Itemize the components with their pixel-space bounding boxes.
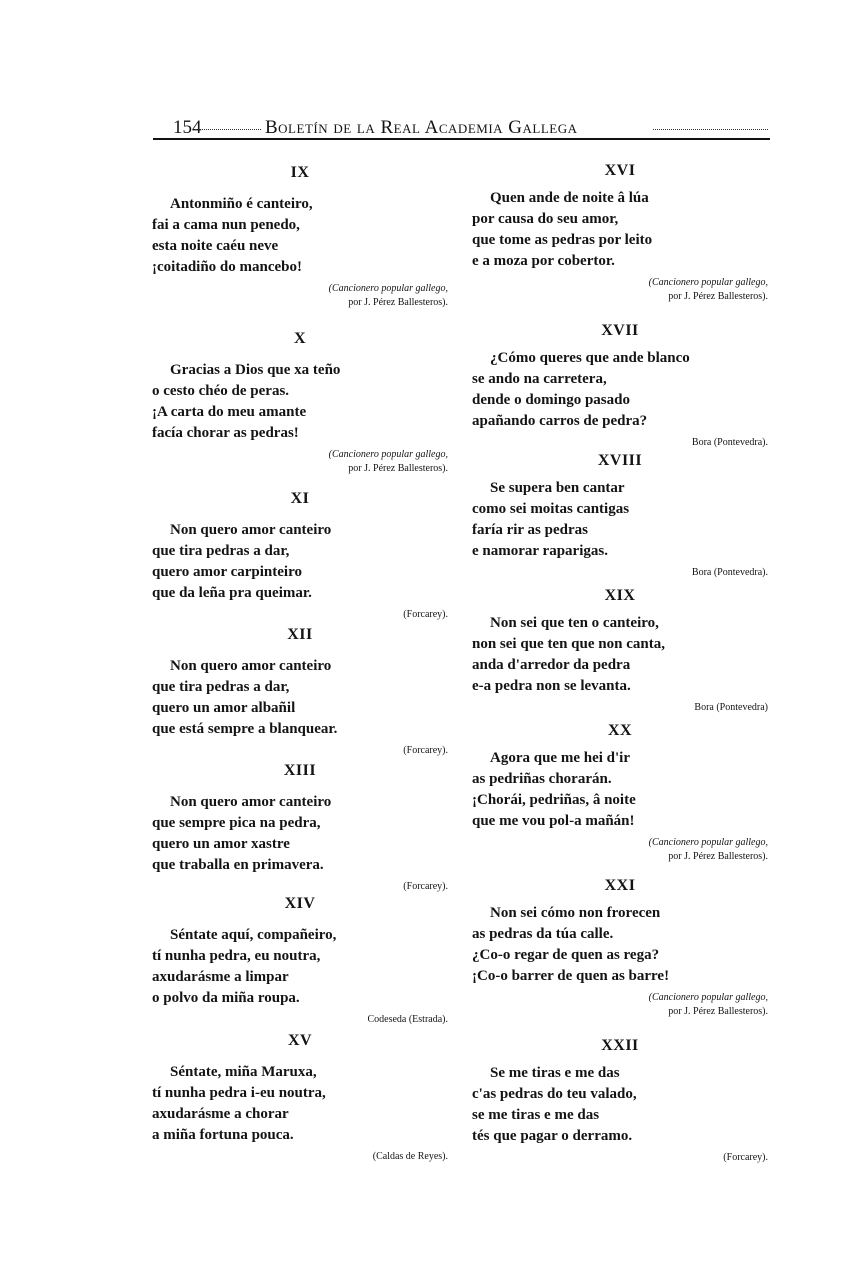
poem-numeral: XVIII: [470, 450, 770, 472]
verse-line: e namorar raparigas.: [470, 541, 770, 562]
verse-line: axudarásme a chorar: [150, 1104, 450, 1125]
verse-line: fai a cama nun penedo,: [150, 215, 450, 236]
running-head: 154 Boletín de la Real Academia Gallega: [153, 113, 770, 139]
verse-line: se me tiras e me das: [470, 1105, 770, 1126]
poem-xv: XVSéntate, miña Maruxa,tí nunha pedra i-…: [150, 1030, 450, 1164]
poem-source: por J. Pérez Ballesteros).: [470, 1005, 770, 1019]
verse-line: facía chorar as pedras!: [150, 423, 450, 444]
verse-line: por causa do seu amor,: [470, 209, 770, 230]
poem-source: (Forcarey).: [150, 880, 450, 894]
verse-line: que tira pedras a dar,: [150, 541, 450, 562]
poem-xvii: XVII¿Cómo queres que ande blancose ando …: [470, 320, 770, 450]
poem-numeral: XI: [150, 488, 450, 510]
verse-line: axudarásme a limpar: [150, 967, 450, 988]
verse-line: Non quero amor canteiro: [150, 792, 450, 813]
verse-line: ¿Cómo queres que ande blanco: [470, 348, 770, 369]
verse-line: que tome as pedras por leito: [470, 230, 770, 251]
poem-source: (Caldas de Reyes).: [150, 1150, 450, 1164]
header-rule: [153, 138, 770, 140]
poem-numeral: XII: [150, 624, 450, 646]
poem-xix: XIXNon sei que ten o canteiro,non sei qu…: [470, 585, 770, 715]
verse-line: ¡A carta do meu amante: [150, 402, 450, 423]
poem-numeral: IX: [150, 162, 450, 184]
verse-line: o polvo da miña roupa.: [150, 988, 450, 1009]
verse-line: Non quero amor canteiro: [150, 520, 450, 541]
poem-xii: XIINon quero amor canteiroque tira pedra…: [150, 624, 450, 758]
poem-source: (Cancionero popular gallego,: [150, 282, 450, 296]
verse-line: c'as pedras do teu valado,: [470, 1084, 770, 1105]
verse-line: anda d'arredor da pedra: [470, 655, 770, 676]
poem-x: XGracias a Dios que xa teñoo cesto chéo …: [150, 328, 450, 476]
verse-line: non sei que ten que non canta,: [470, 634, 770, 655]
verse-line: Quen ande de noite â lúa: [470, 188, 770, 209]
poem-numeral: XVI: [470, 160, 770, 182]
poem-xvi: XVIQuen ande de noite â lúapor causa do …: [470, 160, 770, 304]
verse-line: que sempre pica na pedra,: [150, 813, 450, 834]
poem-source: (Forcarey).: [150, 744, 450, 758]
verse-line: se ando na carretera,: [470, 369, 770, 390]
verse-line: Se supera ben cantar: [470, 478, 770, 499]
verse-line: Non sei cómo non frorecen: [470, 903, 770, 924]
poem-source: Bora (Pontevedra).: [470, 436, 770, 450]
verse-line: Se me tiras e me das: [470, 1063, 770, 1084]
verse-line: as pedriñas chorarán.: [470, 769, 770, 790]
verse-line: quero amor carpinteiro: [150, 562, 450, 583]
poem-source: (Cancionero popular gallego,: [470, 991, 770, 1005]
verse-line: e a moza por cobertor.: [470, 251, 770, 272]
leader-dots: [195, 129, 261, 130]
verse-line: tés que pagar o derramo.: [470, 1126, 770, 1147]
poem-xx: XXAgora que me hei d'iras pedriñas chora…: [470, 720, 770, 864]
verse-line: o cesto chéo de peras.: [150, 381, 450, 402]
verse-line: que traballa en primavera.: [150, 855, 450, 876]
verse-line: que me vou pol-a mañán!: [470, 811, 770, 832]
poem-xxi: XXINon sei cómo non frorecenas pedras da…: [470, 875, 770, 1019]
poem-source: por J. Pérez Ballesteros).: [150, 296, 450, 310]
verse-line: tí nunha pedra i-eu noutra,: [150, 1083, 450, 1104]
poem-numeral: XX: [470, 720, 770, 742]
poem-xiv: XIVSéntate aquí, compañeiro,tí nunha ped…: [150, 893, 450, 1027]
poem-source: (Cancionero popular gallego,: [470, 276, 770, 290]
verse-line: Agora que me hei d'ir: [470, 748, 770, 769]
verse-line: Non sei que ten o canteiro,: [470, 613, 770, 634]
verse-line: dende o domingo pasado: [470, 390, 770, 411]
poem-xviii: XVIIISe supera ben cantarcomo sei moitas…: [470, 450, 770, 580]
poem-source: (Cancionero popular gallego,: [150, 448, 450, 462]
verse-line: ¡Chorái, pedriñas, â noite: [470, 790, 770, 811]
poem-numeral: XXI: [470, 875, 770, 897]
journal-title: Boletín de la Real Academia Gallega: [265, 117, 578, 139]
verse-line: quero un amor xastre: [150, 834, 450, 855]
poem-source: por J. Pérez Ballesteros).: [470, 850, 770, 864]
poem-source: (Cancionero popular gallego,: [470, 836, 770, 850]
poem-numeral: XVII: [470, 320, 770, 342]
verse-line: que da leña pra queimar.: [150, 583, 450, 604]
verse-line: ¡coitadiño do mancebo!: [150, 257, 450, 278]
verse-line: tí nunha pedra, eu noutra,: [150, 946, 450, 967]
poem-source: Bora (Pontevedra): [470, 701, 770, 715]
verse-line: que está sempre a blanquear.: [150, 719, 450, 740]
verse-line: ¿Co-o regar de quen as rega?: [470, 945, 770, 966]
verse-line: apañando carros de pedra?: [470, 411, 770, 432]
verse-line: as pedras da túa calle.: [470, 924, 770, 945]
verse-line: Non quero amor canteiro: [150, 656, 450, 677]
book-page: 154 Boletín de la Real Academia Gallega …: [0, 0, 850, 1262]
page-number: 154: [173, 117, 202, 139]
poem-numeral: XIX: [470, 585, 770, 607]
verse-line: e-a pedra non se levanta.: [470, 676, 770, 697]
verse-line: quero un amor albañil: [150, 698, 450, 719]
poem-source: Codeseda (Estrada).: [150, 1013, 450, 1027]
verse-line: faría rir as pedras: [470, 520, 770, 541]
verse-line: que tira pedras a dar,: [150, 677, 450, 698]
poem-xi: XINon quero amor canteiroque tira pedras…: [150, 488, 450, 622]
poem-numeral: X: [150, 328, 450, 350]
poem-numeral: XIII: [150, 760, 450, 782]
verse-line: ¡Co-o barrer de quen as barre!: [470, 966, 770, 987]
verse-line: Gracias a Dios que xa teño: [150, 360, 450, 381]
poem-source: (Forcarey).: [150, 608, 450, 622]
poem-source: por J. Pérez Ballesteros).: [150, 462, 450, 476]
verse-line: a miña fortuna pouca.: [150, 1125, 450, 1146]
verse-line: Séntate aquí, compañeiro,: [150, 925, 450, 946]
verse-line: esta noite caéu neve: [150, 236, 450, 257]
verse-line: Antonmiño é canteiro,: [150, 194, 450, 215]
poem-numeral: XXII: [470, 1035, 770, 1057]
poem-source: (Forcarey).: [470, 1151, 770, 1165]
poem-numeral: XIV: [150, 893, 450, 915]
poem-source: Bora (Pontevedra).: [470, 566, 770, 580]
poem-xiii: XIIINon quero amor canteiroque sempre pi…: [150, 760, 450, 894]
poem-source: por J. Pérez Ballesteros).: [470, 290, 770, 304]
poem-ix: IXAntonmiño é canteiro,fai a cama nun pe…: [150, 162, 450, 310]
poem-xxii: XXIISe me tiras e me dasc'as pedras do t…: [470, 1035, 770, 1165]
verse-line: como sei moitas cantigas: [470, 499, 770, 520]
verse-line: Séntate, miña Maruxa,: [150, 1062, 450, 1083]
leader-dots: [653, 129, 768, 130]
poem-numeral: XV: [150, 1030, 450, 1052]
